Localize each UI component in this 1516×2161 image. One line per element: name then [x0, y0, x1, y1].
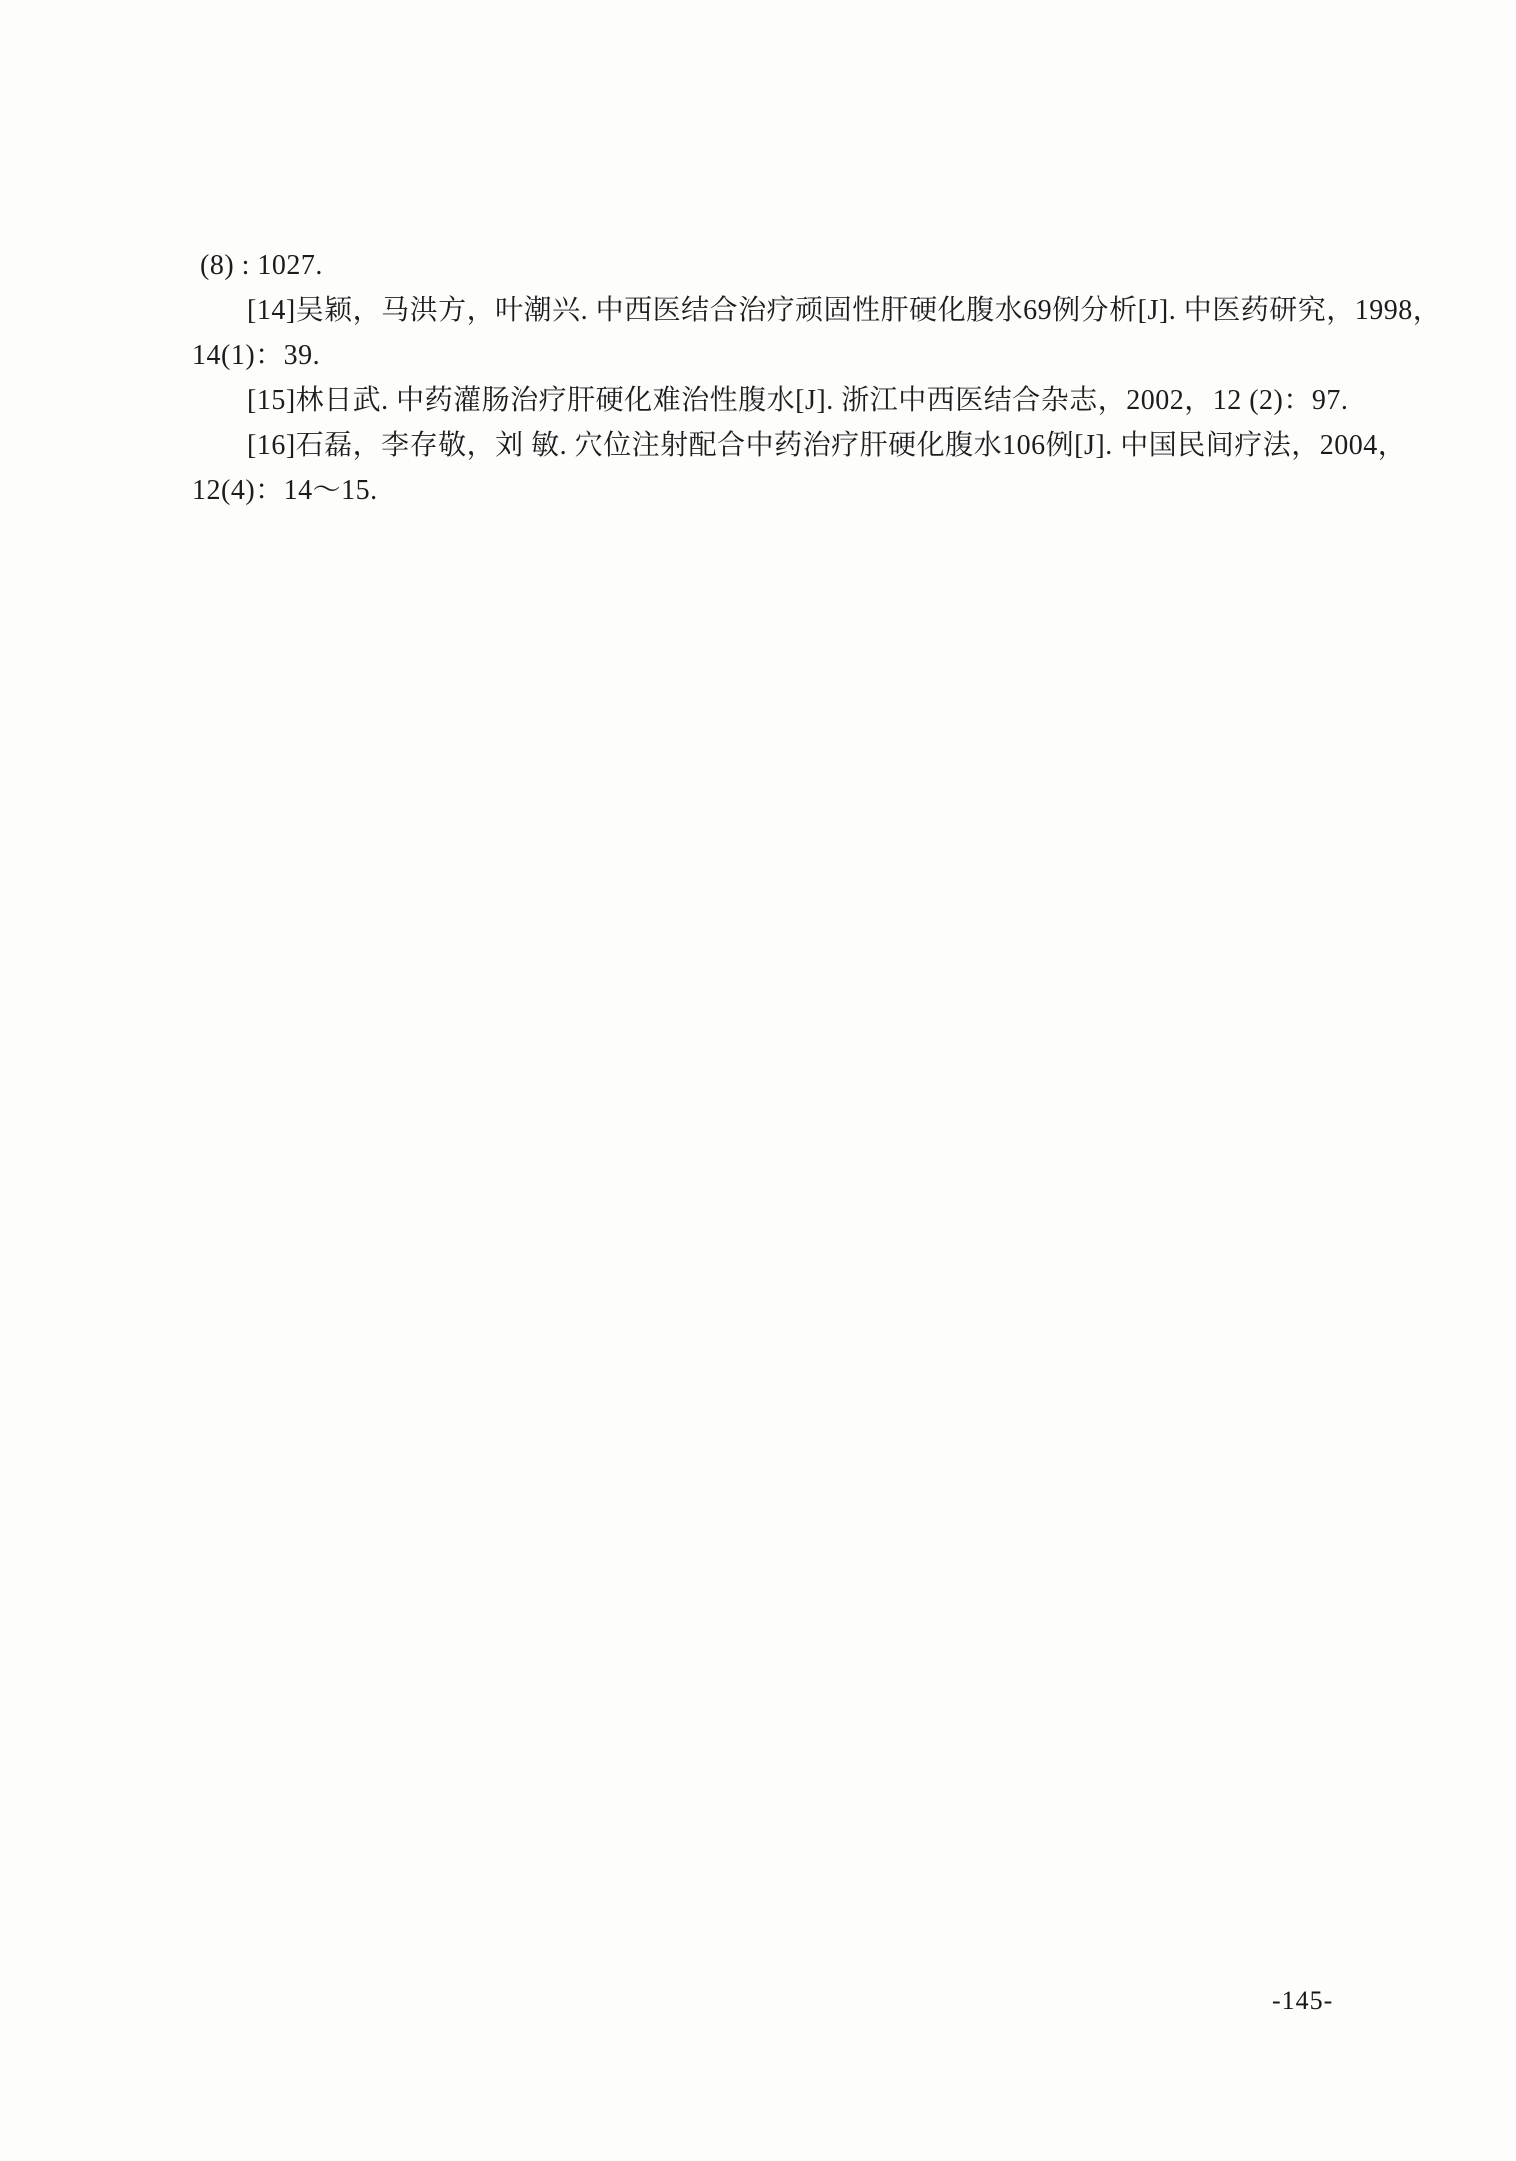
- scanned-document-page: (8) : 1027. [14]吴颖，马洪方，叶潮兴. 中西医结合治疗顽固性肝硬…: [0, 0, 1516, 2161]
- reference-14-line-2: 14(1)：39.: [192, 333, 1382, 378]
- reference-15-line-1: [15]林日武. 中药灌肠治疗肝硬化难治性腹水[J]. 浙江中西医结合杂志，20…: [192, 378, 1382, 423]
- reference-16-line-1: [16]石磊，李存敬，刘 敏. 穴位注射配合中药治疗肝硬化腹水106例[J]. …: [192, 423, 1382, 468]
- reference-16-line-2: 12(4)：14～15.: [192, 468, 1382, 513]
- page-number: -145-: [1272, 1986, 1333, 2016]
- reference-13-carryover-line: (8) : 1027.: [192, 243, 1382, 288]
- reference-14-line-1: [14]吴颖，马洪方，叶潮兴. 中西医结合治疗顽固性肝硬化腹水69例分析[J].…: [192, 288, 1382, 333]
- references-text-block: (8) : 1027. [14]吴颖，马洪方，叶潮兴. 中西医结合治疗顽固性肝硬…: [192, 243, 1382, 513]
